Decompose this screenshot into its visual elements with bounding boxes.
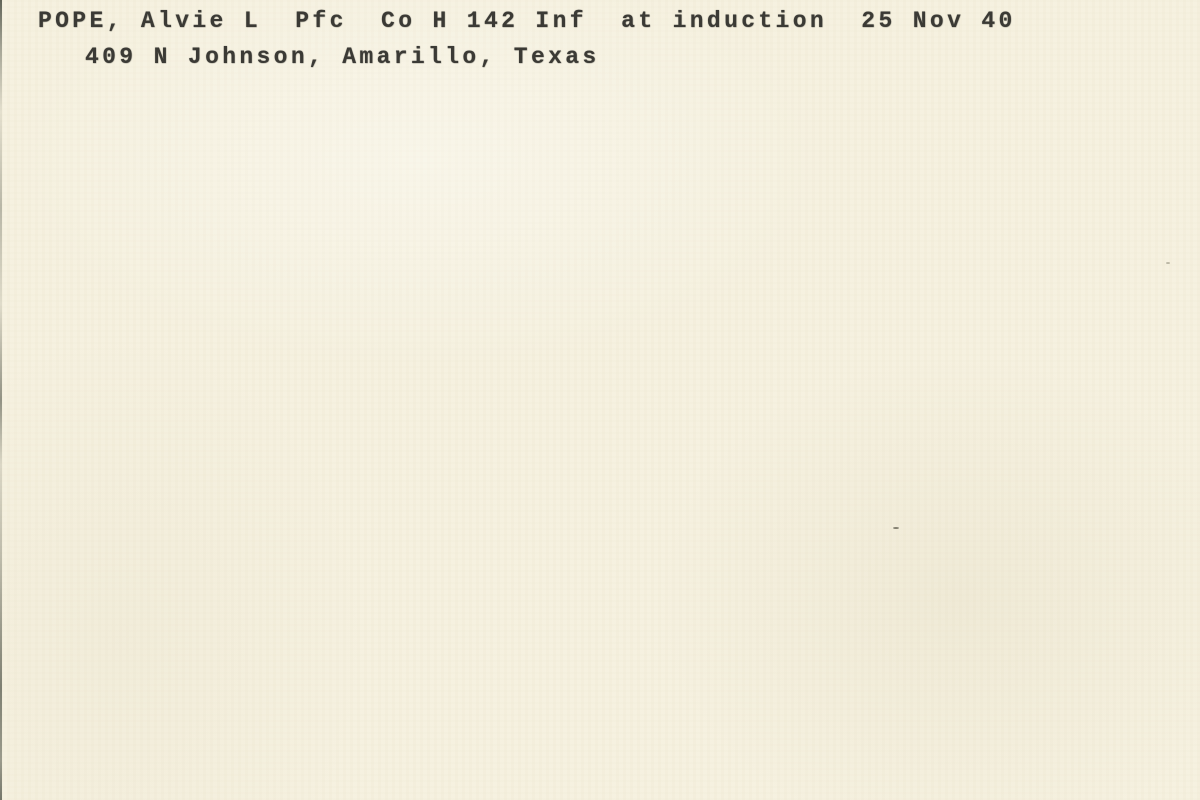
typed-line-address: 409 N Johnson, Amarillo, Texas (85, 44, 600, 70)
typed-line-name-rank-unit-date: POPE, Alvie L Pfc Co H 142 Inf at induct… (38, 8, 1016, 34)
scanned-index-card: POPE, Alvie L Pfc Co H 142 Inf at induct… (0, 0, 1200, 800)
scan-edge-artifact (0, 0, 2, 800)
paper-speck (893, 527, 899, 529)
paper-speck-faint (1166, 262, 1170, 264)
